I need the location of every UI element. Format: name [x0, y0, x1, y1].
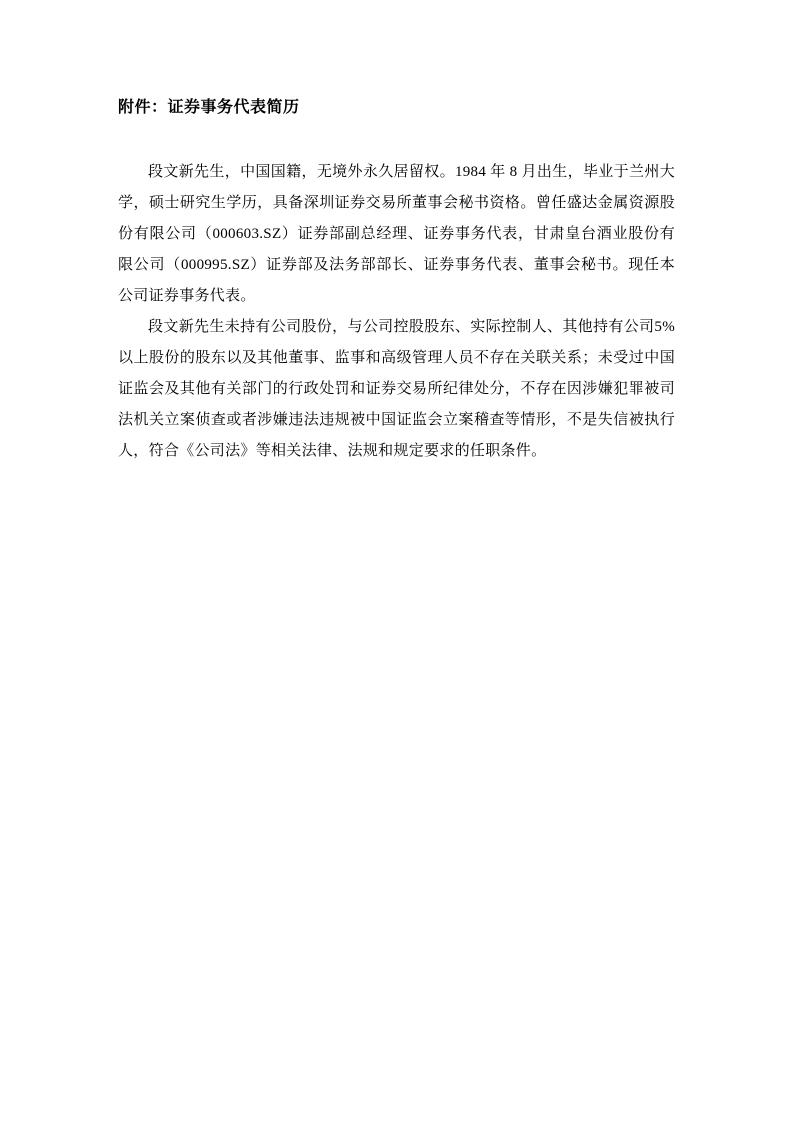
bio-paragraph-compliance: 段文新先生未持有公司股份，与公司控股股东、实际控制人、其他持有公司5%以上股份的… [118, 312, 675, 467]
attachment-heading: 附件：证券事务代表简历 [118, 98, 675, 118]
document-page: 附件：证券事务代表简历 段文新先生，中国国籍，无境外永久居留权。1984 年 8… [0, 0, 793, 1122]
document-body: 段文新先生，中国国籍，无境外永久居留权。1984 年 8 月出生，毕业于兰州大学… [118, 157, 675, 467]
bio-paragraph-career: 段文新先生，中国国籍，无境外永久居留权。1984 年 8 月出生，毕业于兰州大学… [118, 157, 675, 312]
